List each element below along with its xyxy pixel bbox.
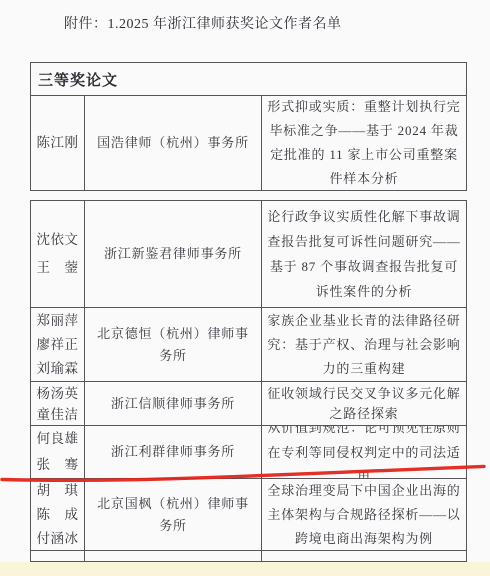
table-row-red-underlined: 何良雄 张 骞 浙江利群律师事务所 从价值到规范：论可预见性原则在专利等同侵权判…	[31, 425, 466, 478]
paper-title-cell: 全球治理变局下中国企业出海的主体架构与合规路径探析——以跨境电商出海架构为例	[262, 479, 466, 550]
names-cell: 陈江刚	[31, 96, 85, 190]
paper-title-cell: 论行政争议实质性化解下事故调查报告批复可诉性问题研究——基于 87 个事故调查报…	[262, 201, 466, 307]
section-header-third-prize: 三等奖论文	[31, 63, 466, 96]
firm-cell: 浙江利群律师事务所	[85, 426, 262, 478]
names-cell: 何良雄 张 骞	[31, 426, 85, 478]
firm-cell: 浙江新鉴君律师事务所	[85, 201, 262, 307]
names-cell-empty	[31, 551, 85, 562]
award-table-section-2: 沈依文 王 蓥 浙江新鉴君律师事务所 论行政争议实质性化解下事故调查报告批复可诉…	[30, 200, 467, 562]
names-cell: 郑丽萍 廖祥正 刘瑜霖	[31, 308, 85, 381]
table-row: 郑丽萍 廖祥正 刘瑜霖 北京德恒（杭州）律师事务所 家族企业基业长青的法律路径研…	[31, 307, 466, 381]
table-row: 沈依文 王 蓥 浙江新鉴君律师事务所 论行政争议实质性化解下事故调查报告批复可诉…	[31, 201, 466, 307]
paper-title-cell: 家族企业基业长青的法律路径研究：基于产权、治理与社会影响力的三重构建	[262, 308, 466, 381]
firm-cell: 浙江信顺律师事务所	[85, 382, 262, 425]
firm-cell-empty	[85, 551, 262, 562]
firm-cell: 北京国枫（杭州）律师事务所	[85, 479, 262, 550]
table-row: 胡 琪 陈 成 付涵冰 北京国枫（杭州）律师事务所 全球治理变局下中国企业出海的…	[31, 478, 466, 550]
bottom-edge-strip	[0, 562, 490, 576]
names-cell: 杨汤英 童佳洁	[31, 382, 85, 425]
firm-cell: 国浩律师（杭州）事务所	[85, 96, 262, 190]
table-row: 陈江刚 国浩律师（杭州）事务所 形式抑或实质：重整计划执行完毕标准之争——基于 …	[31, 96, 466, 190]
award-table-section-1: 三等奖论文 陈江刚 国浩律师（杭州）事务所 形式抑或实质：重整计划执行完毕标准之…	[30, 62, 467, 191]
table-row-partial-empty	[31, 550, 466, 562]
scanned-document-page: { "page": { "title": "附件：1.2025 年浙江律师获奖论…	[0, 0, 490, 576]
table-row: 杨汤英 童佳洁 浙江信顺律师事务所 征收领域行民交叉争议多元化解之路径探索	[31, 381, 466, 425]
paper-title-cell: 形式抑或实质：重整计划执行完毕标准之争——基于 2024 年裁定批准的 11 家…	[262, 96, 466, 190]
paper-title-cell: 征收领域行民交叉争议多元化解之路径探索	[262, 382, 466, 425]
page-title: 附件：1.2025 年浙江律师获奖论文作者名单	[64, 13, 342, 33]
paper-title-cell-empty	[262, 551, 466, 562]
firm-cell: 北京德恒（杭州）律师事务所	[85, 308, 262, 381]
paper-title-cell: 从价值到规范：论可预见性原则在专利等同侵权判定中的司法适用	[262, 426, 466, 478]
names-cell: 胡 琪 陈 成 付涵冰	[31, 479, 85, 550]
names-cell: 沈依文 王 蓥	[31, 201, 85, 307]
